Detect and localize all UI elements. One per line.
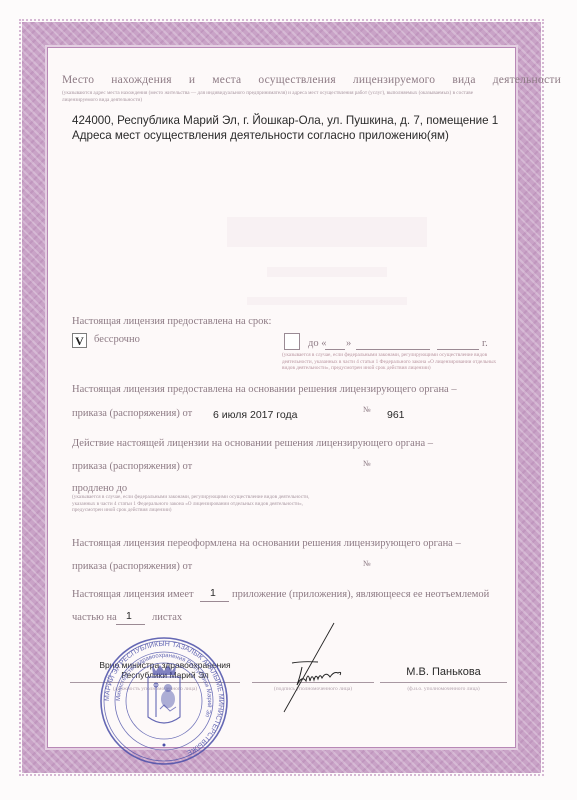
- reissue-heading: Настоящая лицензия переоформлена на осно…: [72, 538, 461, 549]
- basis-heading: Настоящая лицензия предоставлена на осно…: [72, 384, 457, 395]
- checkbox-unlimited[interactable]: V: [72, 333, 87, 348]
- pages-prefix: частью на: [72, 612, 117, 623]
- address-heading: Место нахождения и места осуществления л…: [62, 74, 561, 86]
- until-suffix: г.: [482, 338, 488, 349]
- extension-order-label: приказа (распоряжения) от: [72, 461, 192, 472]
- until-note: (указывается в случае, если федеральными…: [282, 352, 504, 372]
- extension-note: (указывается в случае, если федеральными…: [72, 494, 312, 514]
- until-mid: »: [346, 338, 351, 349]
- reissue-number-label: №: [363, 559, 371, 568]
- appendix-text-suffix: приложение (приложения), являющееся ее н…: [232, 589, 489, 600]
- until-day-field[interactable]: [325, 349, 345, 350]
- extension-number-label: №: [363, 459, 371, 468]
- address-note: (указываются адрес места нахождения (мес…: [62, 90, 510, 103]
- appendix-text-prefix: Настоящая лицензия имеет: [72, 589, 194, 600]
- label-unlimited: бессрочно: [94, 334, 140, 345]
- official-stamp-icon: МАРИЙ ЭЛ РЕСПУБЛИКЫН ТАЗАЛЫК АРАЛЫМЕ МИН…: [98, 635, 230, 767]
- reissue-order-label: приказа (распоряжения) от: [72, 561, 192, 572]
- pages-count-underline: [116, 624, 145, 625]
- until-year-field[interactable]: [437, 349, 479, 350]
- extension-heading: Действие настоящей лицензии на основании…: [72, 438, 433, 449]
- address-line-1: 424000, Республика Марий Эл, г. Йошкар-О…: [72, 113, 498, 128]
- basis-number-label: №: [363, 405, 371, 414]
- until-month-field[interactable]: [356, 349, 430, 350]
- signer-name: М.В. Панькова: [380, 666, 507, 678]
- checkbox-until-date[interactable]: [284, 333, 300, 350]
- address-line-2: Адреса мест осуществления деятельности с…: [72, 128, 449, 143]
- basis-order-label: приказа (распоряжения) от: [72, 408, 192, 419]
- name-line: [380, 682, 507, 683]
- basis-order-number: 961: [387, 409, 405, 421]
- appendix-count-underline: [200, 601, 229, 602]
- pages-count: 1: [126, 610, 132, 622]
- handwritten-signature-icon: [272, 615, 372, 715]
- term-heading: Настоящая лицензия предоставлена на срок…: [72, 316, 271, 327]
- name-caption: (ф.и.о. уполномоченного лица): [380, 686, 507, 692]
- extended-until-label: продлено до: [72, 483, 127, 494]
- basis-order-date: 6 июля 2017 года: [213, 409, 297, 421]
- appendix-count: 1: [210, 587, 216, 599]
- pages-suffix: листах: [152, 612, 182, 623]
- until-prefix: до «: [308, 338, 326, 349]
